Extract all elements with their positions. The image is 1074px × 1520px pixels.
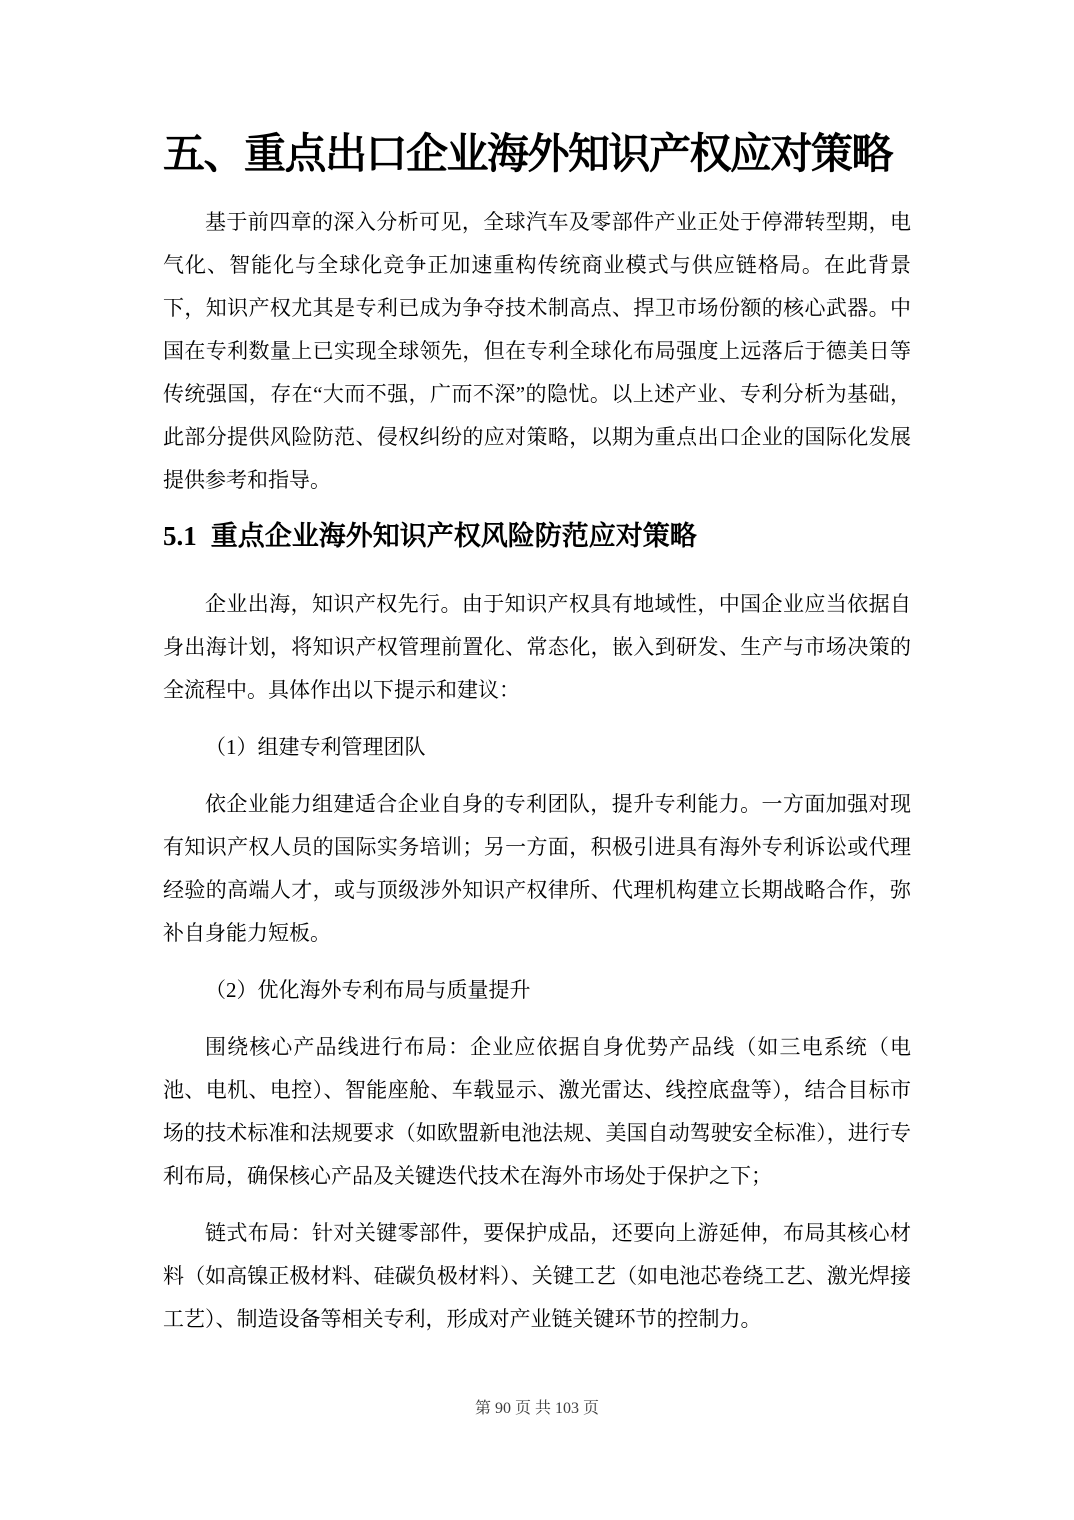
item-2-paragraph-2: 链式布局：针对关键零部件，要保护成品，还要向上游延伸，布局其核心材料（如高镍正极… <box>163 1212 911 1341</box>
item-1-heading: （1）组建专利管理团队 <box>163 726 911 769</box>
document-page: 五、重点出口企业海外知识产权应对策略 基于前四章的深入分析可见，全球汽车及零部件… <box>0 0 1074 1520</box>
intro-paragraph: 基于前四章的深入分析可见，全球汽车及零部件产业正处于停滞转型期，电气化、智能化与… <box>163 201 911 502</box>
item-1-paragraph: 依企业能力组建适合企业自身的专利团队，提升专利能力。一方面加强对现有知识产权人员… <box>163 783 911 955</box>
section-heading: 5.1重点企业海外知识产权风险防范应对策略 <box>163 516 911 556</box>
page-content: 五、重点出口企业海外知识产权应对策略 基于前四章的深入分析可见，全球汽车及零部件… <box>163 0 911 1355</box>
item-2-heading: （2）优化海外专利布局与质量提升 <box>163 969 911 1012</box>
section-title: 重点企业海外知识产权风险防范应对策略 <box>211 521 697 551</box>
section-number: 5.1 <box>163 521 197 551</box>
section-lead-paragraph: 企业出海，知识产权先行。由于知识产权具有地域性，中国企业应当依据自身出海计划，将… <box>163 583 911 712</box>
page-number-footer: 第 90 页 共 103 页 <box>0 1398 1074 1420</box>
item-2-paragraph-1: 围绕核心产品线进行布局：企业应依据自身优势产品线（如三电系统（电池、电机、电控）… <box>163 1026 911 1198</box>
chapter-title: 五、重点出口企业海外知识产权应对策略 <box>163 125 911 185</box>
